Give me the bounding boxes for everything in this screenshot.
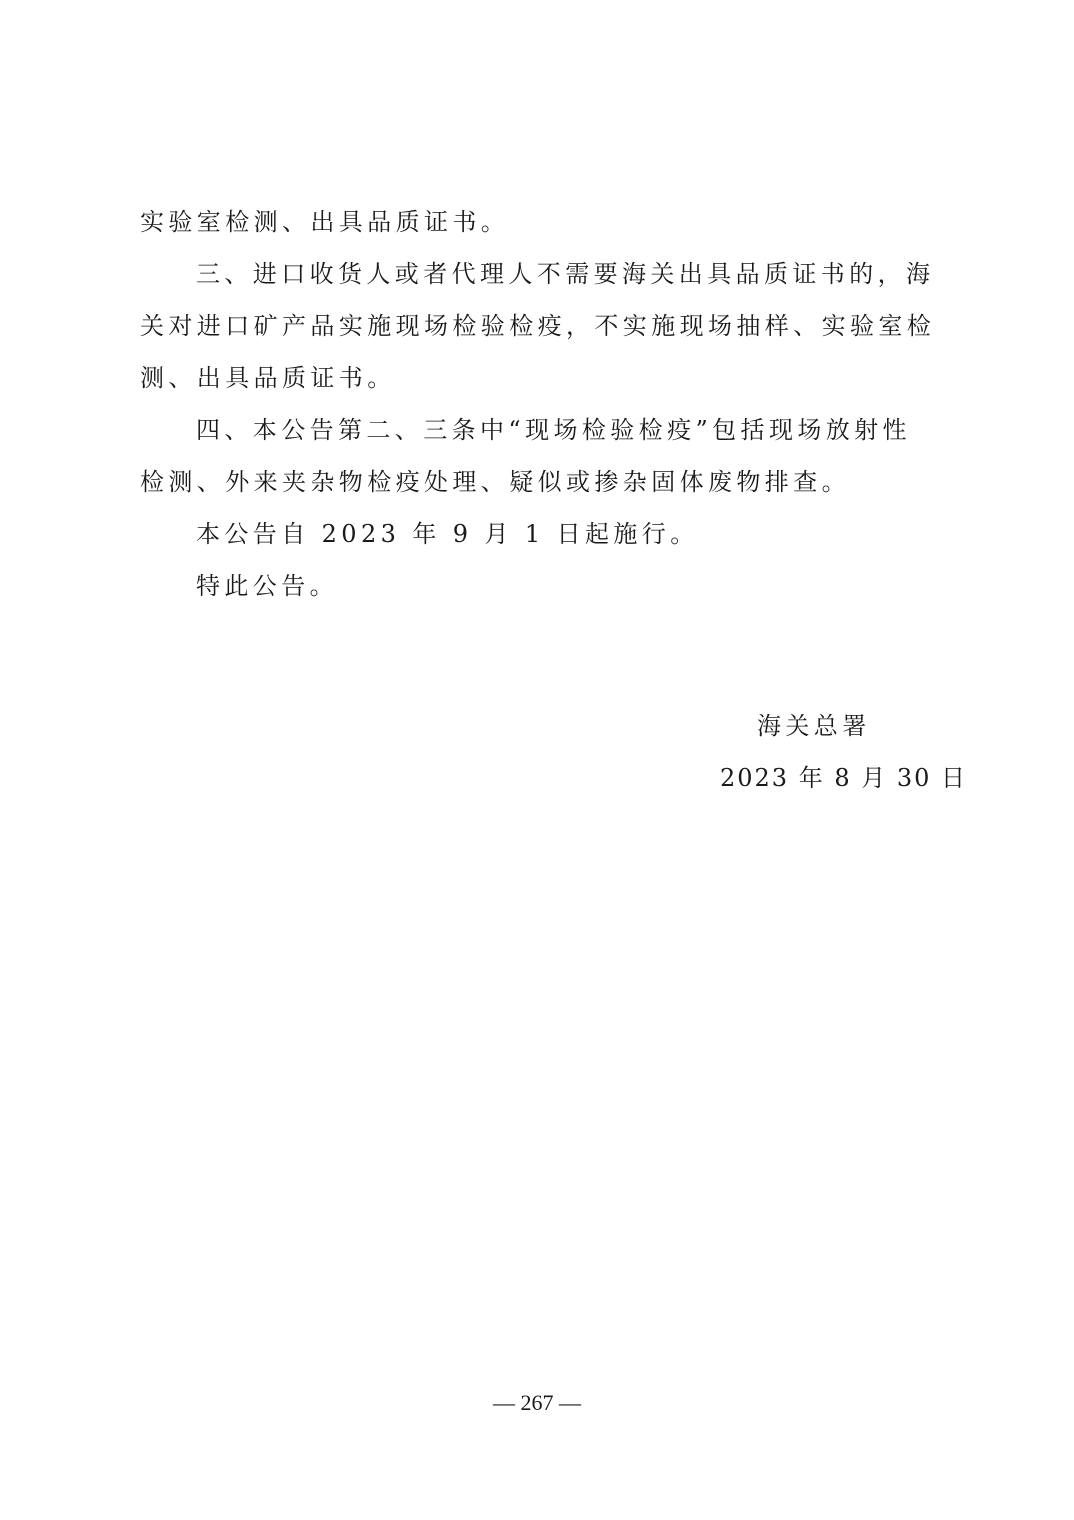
closing-paragraph: 特此公告。 xyxy=(140,560,940,612)
paragraph-4-line-2: 检测、外来夹杂物检疫处理、疑似或掺杂固体废物排查。 xyxy=(140,456,940,508)
issuing-organization: 海关总署 xyxy=(720,700,950,752)
paragraph-3-line-1: 三、进口收货人或者代理人不需要海关出具品质证书的，海 xyxy=(140,248,940,300)
paragraph-4-line-1: 四、本公告第二、三条中“现场检验检疫”包括现场放射性 xyxy=(140,404,940,456)
effective-date-paragraph: 本公告自 2023 年 9 月 1 日起施行。 xyxy=(140,508,940,560)
body-text: 实验室检测、出具品质证书。 三、进口收货人或者代理人不需要海关出具品质证书的，海… xyxy=(140,196,940,612)
issue-date: 2023 年 8 月 30 日 xyxy=(720,752,950,804)
signature-block: 海关总署 2023 年 8 月 30 日 xyxy=(720,700,950,804)
paragraph-3-line-3: 测、出具品质证书。 xyxy=(140,352,940,404)
document-page: 实验室检测、出具品质证书。 三、进口收货人或者代理人不需要海关出具品质证书的，海… xyxy=(0,0,1074,1520)
page-number: — 267 — xyxy=(0,1390,1074,1416)
paragraph-3-line-2: 关对进口矿产品实施现场检验检疫，不实施现场抽样、实验室检 xyxy=(140,300,940,352)
paragraph-line-continuation: 实验室检测、出具品质证书。 xyxy=(140,196,940,248)
